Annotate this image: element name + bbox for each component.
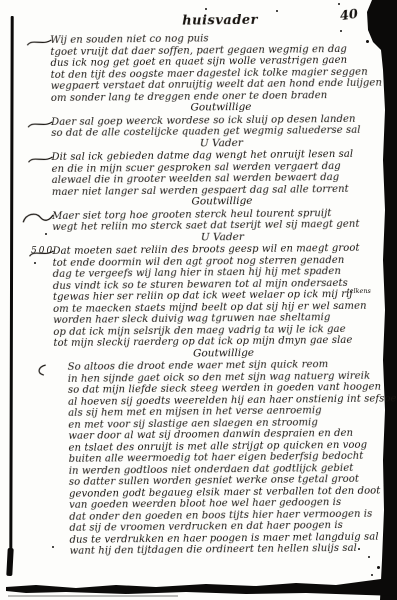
ink-speckle bbox=[45, 233, 47, 235]
scan-shadow-streak bbox=[8, 595, 178, 597]
ink-speckle bbox=[366, 40, 369, 43]
paragraph-flourish-icon bbox=[28, 248, 54, 258]
ink-speckle bbox=[340, 30, 342, 32]
manuscript-paragraph: Dit sal ick gebieden datme dag wengt het… bbox=[51, 148, 392, 209]
paragraph-flourish-icon bbox=[22, 210, 54, 224]
ink-speckle bbox=[377, 566, 380, 569]
paragraph-flourish-icon bbox=[30, 364, 50, 376]
manuscript-paragraph: Dat moeten saet reliin des broots geesp … bbox=[52, 242, 393, 361]
ink-speckle bbox=[52, 546, 54, 548]
ink-speckle bbox=[371, 574, 373, 576]
manuscript-paragraph: So altoos die droot ende waer met sijn q… bbox=[54, 358, 396, 557]
ink-speckle bbox=[276, 10, 278, 12]
manuscript-paragraph: Maer siet torg hoe grooten sterck heul t… bbox=[52, 207, 392, 245]
ink-speckle bbox=[34, 262, 36, 264]
handwritten-line: want hij den tijtdagen die ordineert ten… bbox=[56, 542, 396, 557]
ink-speckle bbox=[358, 548, 360, 550]
manuscript-text-block: huisvader Wij en souden niet co nog puis… bbox=[50, 10, 396, 557]
ink-speckle bbox=[368, 556, 370, 558]
scan-border-bottom bbox=[6, 577, 397, 596]
binding-edge-line bbox=[9, 16, 13, 560]
manuscript-paragraph: Wij en souden niet co nog puis tgoet vru… bbox=[50, 31, 391, 115]
page-heading: huisvader bbox=[50, 10, 390, 32]
manuscript-page: 40 500 telkens huisvader Wij en souden n… bbox=[0, 0, 397, 600]
ink-speckle bbox=[205, 8, 207, 10]
paragraph-flourish-icon bbox=[27, 154, 53, 164]
manuscript-paragraph: Daer sal goep weerck wordese so ick slui… bbox=[51, 113, 391, 151]
binding-edge-blob bbox=[6, 548, 13, 576]
paragraph-flourish-icon bbox=[26, 37, 52, 47]
paragraph-flourish-icon bbox=[27, 118, 53, 128]
ink-speckle bbox=[338, 3, 340, 5]
